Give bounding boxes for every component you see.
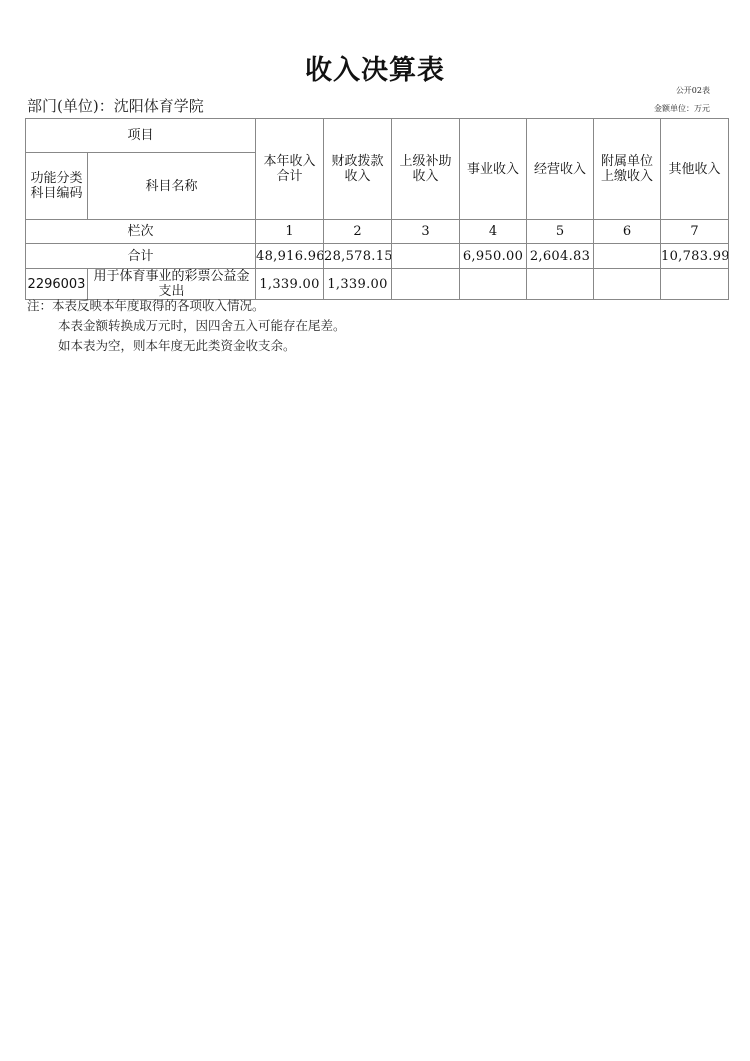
column-index: 1 — [256, 220, 324, 244]
total-cell: 6,950.00 — [460, 244, 527, 269]
subject-name-cell: 用于体育事业的彩票公益金支出 — [88, 269, 256, 300]
total-cell: 2,604.83 — [527, 244, 594, 269]
column-index-label: 栏次 — [26, 220, 256, 244]
column-index-row: 栏次 1 2 3 4 5 6 7 — [26, 220, 729, 244]
total-cell: 48,916.96 — [256, 244, 324, 269]
total-label: 合计 — [26, 244, 256, 269]
value-cell — [392, 269, 460, 300]
header-item-group: 项目 — [26, 119, 256, 153]
header-col-fiscal: 财政拨款收入 — [324, 119, 392, 220]
header-col-business: 事业收入 — [460, 119, 527, 220]
header-col-superior-subsidy: 上级补助收入 — [392, 119, 460, 220]
note-line: 如本表为空，则本年度无此类资金收支余。 — [27, 336, 346, 356]
column-index: 2 — [324, 220, 392, 244]
note-line: 注：本表反映本年度取得的各项收入情况。 — [27, 296, 346, 316]
header-func-code: 功能分类科目编码 — [26, 153, 88, 220]
notes: 注：本表反映本年度取得的各项收入情况。 本表金额转换成万元时，因四舍五入可能存在… — [27, 296, 346, 356]
department-label: 部门(单位)：沈阳体育学院 — [27, 95, 204, 116]
header-col-total: 本年收入合计 — [256, 119, 324, 220]
header-col-operating: 经营收入 — [527, 119, 594, 220]
value-cell — [661, 269, 729, 300]
total-cell: 10,783.99 — [661, 244, 729, 269]
value-cell — [594, 269, 661, 300]
total-row: 合计 48,916.96 28,578.15 6,950.00 2,604.83… — [26, 244, 729, 269]
header-subject-name: 科目名称 — [88, 153, 256, 220]
column-index: 3 — [392, 220, 460, 244]
page-title: 收入决算表 — [0, 48, 750, 87]
note-line: 本表金额转换成万元时，因四舍五入可能存在尾差。 — [27, 316, 346, 336]
value-cell: 1,339.00 — [324, 269, 392, 300]
table-row: 2296003 用于体育事业的彩票公益金支出 1,339.00 1,339.00 — [26, 269, 729, 300]
amount-unit-label: 金额单位：万元 — [654, 103, 710, 114]
header-col-affiliated: 附属单位上缴收入 — [594, 119, 661, 220]
value-cell — [527, 269, 594, 300]
value-cell: 1,339.00 — [256, 269, 324, 300]
column-index: 6 — [594, 220, 661, 244]
income-final-accounts-table: 项目 本年收入合计 财政拨款收入 上级补助收入 事业收入 经营收入 附属单位上缴… — [25, 118, 729, 300]
total-cell: 28,578.15 — [324, 244, 392, 269]
form-number: 公开02表 — [676, 85, 710, 96]
total-cell — [392, 244, 460, 269]
column-index: 4 — [460, 220, 527, 244]
column-index: 7 — [661, 220, 729, 244]
header-col-other: 其他收入 — [661, 119, 729, 220]
func-code-cell: 2296003 — [26, 269, 88, 300]
value-cell — [460, 269, 527, 300]
column-index: 5 — [527, 220, 594, 244]
total-cell — [594, 244, 661, 269]
